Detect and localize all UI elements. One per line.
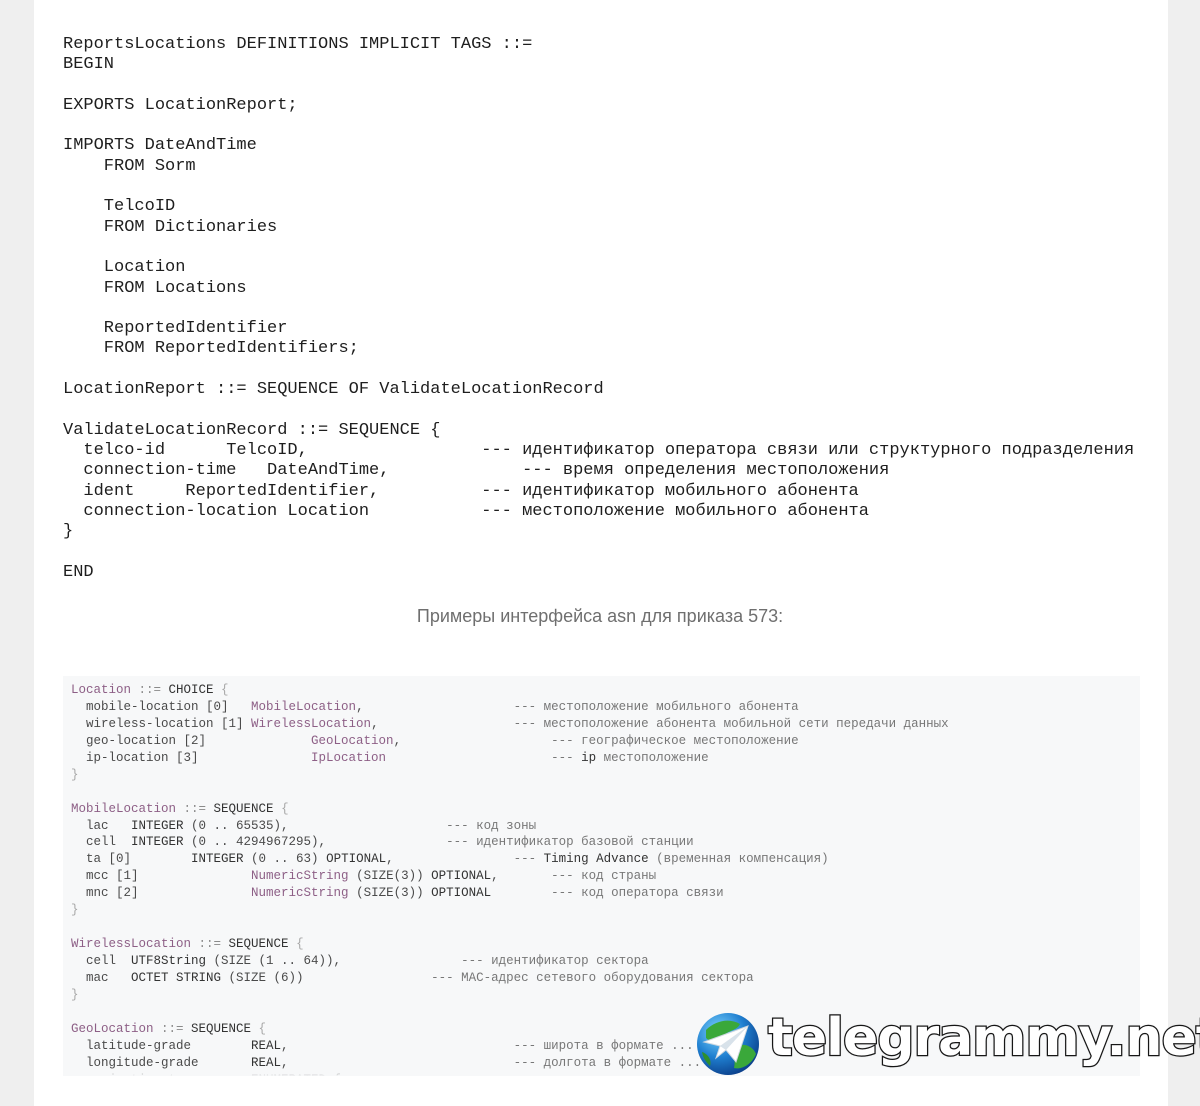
code-token-type: Location <box>71 683 131 697</box>
code-token-plain: mcc [1] <box>71 869 251 883</box>
code-token-hl: Timing Advance <box>544 852 649 866</box>
spec-line: ReportedIdentifier <box>63 319 1134 339</box>
code-token-plain: mac <box>71 971 131 985</box>
spec-line: IMPORTS DateAndTime <box>63 136 1134 156</box>
code-token-cmt: --- местоположение мобильного абонента <box>514 700 799 714</box>
code-token-type: GeoLocation <box>311 734 394 748</box>
code-token-cmt: --- широта в формате ... <box>514 1039 694 1053</box>
code-token-type: MobileLocation <box>71 802 176 816</box>
code-token-plain <box>491 886 551 900</box>
code-token-punc: } <box>71 903 79 917</box>
spec-line: telco-id TelcoID, --- идентификатор опер… <box>63 441 1134 461</box>
spec-line <box>63 400 1134 420</box>
code-token-punc: { <box>289 937 304 951</box>
code-token-plain: , <box>394 734 552 748</box>
spec-line <box>63 177 1134 197</box>
asn1-spec-block: ReportsLocations DEFINITIONS IMPLICIT TA… <box>63 35 1134 583</box>
code-token-plain: lac <box>71 819 131 833</box>
code-token-cmt: --- <box>551 751 581 765</box>
spec-line <box>63 299 1134 319</box>
code-token-punc: { <box>274 802 289 816</box>
spec-line <box>63 76 1134 96</box>
code-token-kw: SEQUENCE <box>229 937 289 951</box>
code-line <box>71 784 949 801</box>
code-token-plain: ip-location [3] <box>71 751 311 765</box>
spec-line: FROM ReportedIdentifiers; <box>63 339 1134 359</box>
code-token-cmt: --- местоположение абонента мобильной се… <box>514 717 949 731</box>
code-token-kw: SEQUENCE <box>191 1022 251 1036</box>
code-token-plain: geo-location [2] <box>71 734 311 748</box>
code-token-plain: mobile-location [0] <box>71 700 251 714</box>
code-token-kw: OPTIONAL <box>326 852 386 866</box>
code-token-cmt: (временная компенсация) <box>649 852 829 866</box>
code-token-plain: (SIZE (1 .. 64)), <box>206 954 461 968</box>
code-line: cell UTF8String (SIZE (1 .. 64)), --- ид… <box>71 953 949 970</box>
code-token-plain: (SIZE(3)) <box>349 886 432 900</box>
examples-caption: Примеры интерфейса asn для приказа 573: <box>0 606 1200 627</box>
code-token-kw: OCTET STRING <box>131 971 221 985</box>
spec-line: Location <box>63 258 1134 278</box>
spec-line: LocationReport ::= SEQUENCE OF ValidateL… <box>63 380 1134 400</box>
code-line: mac OCTET STRING (SIZE (6)) --- MAC-адре… <box>71 970 949 987</box>
code-line: } <box>71 767 949 784</box>
code-token-op: ::= <box>176 802 214 816</box>
spec-line <box>63 116 1134 136</box>
globe-paper-plane-icon <box>696 1012 760 1076</box>
code-token-punc: { <box>214 683 229 697</box>
code-token-plain: (SIZE(3)) <box>349 869 432 883</box>
code-token-plain: , <box>491 869 551 883</box>
code-token-punc: } <box>71 768 79 782</box>
code-line: ip-location [3] IpLocation --- ip местоп… <box>71 750 949 767</box>
spec-line: BEGIN <box>63 55 1134 75</box>
code-line: } <box>71 902 949 919</box>
code-line: lac INTEGER (0 .. 65535), --- код зоны <box>71 818 949 835</box>
code-token-kw: SEQUENCE <box>214 802 274 816</box>
spec-line: END <box>63 563 1134 583</box>
code-token-cmt: --- идентификатор базовой станции <box>446 835 694 849</box>
code-line: mnc [2] NumericString (SIZE(3)) OPTIONAL… <box>71 885 949 902</box>
code-token-cmt: --- MAC-адрес сетевого оборудования сект… <box>431 971 754 985</box>
code-token-cmt: --- код страны <box>551 869 656 883</box>
code-token-cmt: --- географическое местоположение <box>551 734 799 748</box>
code-token-plain: cell <box>71 835 131 849</box>
code-line: mcc [1] NumericString (SIZE(3)) OPTIONAL… <box>71 868 949 885</box>
code-token-plain: cell <box>71 954 131 968</box>
code-token-op: ::= <box>154 1022 192 1036</box>
code-token-kw: CHOICE <box>169 683 214 697</box>
code-token-plain: , <box>281 1039 514 1053</box>
spec-line: ValidateLocationRecord ::= SEQUENCE { <box>63 421 1134 441</box>
spec-line: ident ReportedIdentifier, --- идентифика… <box>63 482 1134 502</box>
code-token-plain: ta [0] <box>71 852 191 866</box>
code-token-plain: (0 .. 65535), <box>184 819 447 833</box>
code-token-type: MobileLocation <box>251 700 356 714</box>
spec-line: EXPORTS LocationReport; <box>63 96 1134 116</box>
code-token-kw: INTEGER <box>131 835 184 849</box>
code-token-plain: (0 .. 4294967295), <box>184 835 447 849</box>
code-token-plain <box>386 751 551 765</box>
code-line: } <box>71 987 949 1004</box>
code-token-kw: INTEGER <box>131 819 184 833</box>
code-line: ta [0] INTEGER (0 .. 63) OPTIONAL, --- T… <box>71 851 949 868</box>
code-line: Location ::= CHOICE { <box>71 682 949 699</box>
spec-line: ReportsLocations DEFINITIONS IMPLICIT TA… <box>63 35 1134 55</box>
code-line: geo-location [2] GeoLocation, --- геогра… <box>71 733 949 750</box>
code-line: mobile-location [0] MobileLocation, --- … <box>71 699 949 716</box>
code-token-kw: INTEGER <box>191 852 244 866</box>
code-token-hl: ip <box>581 751 596 765</box>
code-token-type: WirelessLocation <box>251 717 371 731</box>
code-token-type: NumericString <box>251 886 349 900</box>
spec-line <box>63 542 1134 562</box>
code-token-type: WirelessLocation <box>71 937 191 951</box>
code-token-plain: , <box>371 717 514 731</box>
code-token-cmt: --- идентификатор сектора <box>461 954 649 968</box>
code-token-plain: wireless-location [1] <box>71 717 251 731</box>
spec-line: FROM Dictionaries <box>63 218 1134 238</box>
code-token-plain: , <box>386 852 514 866</box>
code-token-cmt: --- <box>514 852 544 866</box>
code-token-kw: REAL <box>251 1039 281 1053</box>
code-line: MobileLocation ::= SEQUENCE { <box>71 801 949 818</box>
code-token-cmt: --- код оператора связи <box>551 886 724 900</box>
code-token-type: IpLocation <box>311 751 386 765</box>
spec-line: FROM Sorm <box>63 157 1134 177</box>
code-token-op: ::= <box>131 683 169 697</box>
code-token-plain: (0 .. 63) <box>244 852 327 866</box>
code-token-type: NumericString <box>251 869 349 883</box>
code-token-plain: mnc [2] <box>71 886 251 900</box>
code-token-plain: , <box>356 700 514 714</box>
code-token-plain: latitude-grade <box>71 1039 251 1053</box>
code-token-cmt: --- код зоны <box>446 819 536 833</box>
watermark-text: telegrammy.net <box>768 1008 1200 1068</box>
code-token-punc: } <box>71 988 79 1002</box>
code-line <box>71 919 949 936</box>
spec-line <box>63 238 1134 258</box>
spec-line <box>63 360 1134 380</box>
code-token-type: GeoLocation <box>71 1022 154 1036</box>
code-line: wireless-location [1] WirelessLocation, … <box>71 716 949 733</box>
spec-line: FROM Locations <box>63 279 1134 299</box>
spec-line: } <box>63 522 1134 542</box>
spec-line: connection-time DateAndTime, --- время о… <box>63 461 1134 481</box>
code-token-punc: { <box>251 1022 266 1036</box>
code-token-kw: UTF8String <box>131 954 206 968</box>
code-token-op: ::= <box>191 937 229 951</box>
code-line: WirelessLocation ::= SEQUENCE { <box>71 936 949 953</box>
code-token-plain: (SIZE (6)) <box>221 971 431 985</box>
code-token-cmt: местоположение <box>596 751 709 765</box>
code-token-kw: OPTIONAL <box>431 886 491 900</box>
spec-line: connection-location Location --- местопо… <box>63 502 1134 522</box>
code-line: cell INTEGER (0 .. 4294967295), --- иден… <box>71 834 949 851</box>
spec-line: TelcoID <box>63 197 1134 217</box>
code-token-kw: OPTIONAL <box>431 869 491 883</box>
watermark: telegrammy.net <box>696 1012 1196 1078</box>
